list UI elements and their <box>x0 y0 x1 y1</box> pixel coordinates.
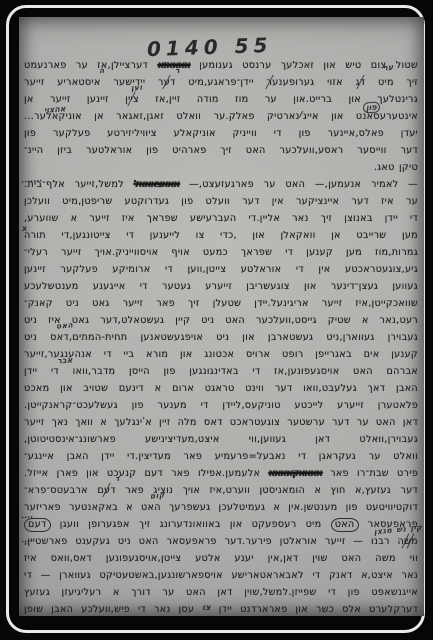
text-line: דער געזעץ,א חוץ א הומאניסטן ווערט,איז או… <box>24 482 418 499</box>
typed-text: דאן האט ער דער ערשטער צוגעטראכט דאס מלה … <box>145 417 418 428</box>
typed-text: דער ווייסער ראסע,וועלכער האט זיך פארהיט … <box>24 145 418 156</box>
typed-text: דערקלערט אלס כשר און פארארדנט יידן <box>211 604 418 615</box>
typed-text: האטקום <box>141 502 161 513</box>
text-line: אינטערעסאנט און אייג/נארטיק פאלק.ער וואל… <box>24 108 418 125</box>
typed-text: שוואכקייטן,איז זייער אריגינעל.יידן שטעלן… <box>24 298 418 309</box>
typed-text: ניט <box>24 332 50 343</box>
pencil-margin-mark: אהצוי <box>44 104 66 114</box>
text-line: געווען געצן־דינער און צוגעשריבן זייערע ג… <box>24 278 418 295</box>
annotated-word: ר <box>266 77 272 88</box>
text-line: פלאטערן זייערע לייכטע טוניקעס,ליידן די מ… <box>24 397 418 414</box>
typed-text: אזוי גערופענע <box>272 77 355 88</box>
text-line: — לאמיר אנעמען,— האט ער פארגעזעצט,— אאאצ… <box>24 176 418 193</box>
typed-text: גמרות,מוז מען קענען די שפראך כמעט אויף א… <box>24 247 418 258</box>
document-page: 0140 55 שטול צום טיש און זאכלעך ערנסט גע… <box>19 17 424 616</box>
annotated-word: ' <box>142 416 145 425</box>
text-line: קענען אים באגרייפן רופט ארויס אכטונג און… <box>24 346 418 363</box>
handwritten-correction: וען <box>131 79 144 97</box>
annotated-word: / <box>300 110 303 119</box>
typed-text: וואלט ער געקראגן די נאבעל=פרעמיע פאר מעד… <box>24 451 418 462</box>
typed-text: יידן־פראגע,מיט <box>176 77 267 88</box>
text-line: דוקטיוויטעט פון מענטשן.אין א געמיטלעכן ג… <box>24 499 418 516</box>
pencil-margin-mark: פון <box>363 101 380 113</box>
typed-text: גיע,צוגעטראכטע אין די אוראלטע צייטן,ווען… <box>24 264 418 275</box>
pencil-margin-mark: ······· <box>21 176 43 186</box>
text-line: פראפעסאר האט מיט רעספעקט און באוואונדערו… <box>24 516 418 533</box>
typed-text: איסטאריעה <box>57 77 100 88</box>
annotated-word: האט <box>331 518 359 532</box>
annotated-word: אאאאקאאאא <box>268 468 322 479</box>
text-line: האבן דאך געלעבט,וואו דער ווינט טראגט ארו… <box>24 380 418 397</box>
text-line: ווי משה האט שוין דאן,אין יענע אלטע צייטן… <box>24 550 418 567</box>
typed-text: יעדן פאלס,איינער פון די ווייניק אוניקאלע… <box>24 128 418 139</box>
text-line: געבוירן געווארן,ניט געשטארבן און ניט אוי… <box>24 329 418 346</box>
typed-text: געבוירן,וואלט דאן געווען,ווי איצט,מעדיצי… <box>24 434 418 445</box>
text-line: גרינטלעך און ברייט.און ער מוז מודה זיין,… <box>24 91 418 108</box>
text-line: מען שרייבט אן וואקאלן און ,כדי צו לייענע… <box>24 227 418 244</box>
text-line: ער איז דער איינציקער אין דער וועלט פון ג… <box>24 193 418 210</box>
typed-text: רעט,נאר א שטיק גייסט,וועלכער האט ניט קיי… <box>24 315 418 326</box>
text-line: רעט,נאר א שטיק גייסט,וועלכער האט ניט קיי… <box>24 312 418 329</box>
text-line: פירט שבת־רו פאר אאאאקאאאא אלעמען.אפילו פ… <box>24 465 418 482</box>
typed-text: רבנו — זייער אוראלטן פירער.דער פראפעסאר … <box>24 536 398 547</box>
annotated-word: צייןוען <box>125 94 139 105</box>
typed-text: געבוירן געווארן,ניט געשטארבן און ניט אוי… <box>69 332 418 343</box>
text-line: גיע,צוגעטראכטע אין די אוראלטע צייטן,ווען… <box>24 261 418 278</box>
text-line: געבוירן,וואלט דאן געווען,ווי איצט,מעדיצי… <box>24 431 418 448</box>
pencil-margin-mark: ···· <box>21 513 34 523</box>
typed-text: ווי משה האט שוין דאן,אין יענע אלטע צייטן… <box>24 553 418 564</box>
text-line: אברהם האט אויסגעפונען,אז די באדינגונגען … <box>24 363 418 380</box>
text-line: גמרות,מוז מען קענען די שפראך כמעט אויף א… <box>24 244 418 261</box>
typed-text: דאסהאט <box>50 332 69 343</box>
typed-text: ער איז דער איינציקער אין דער וועלט פון ג… <box>24 196 418 207</box>
pencil-margin-mark: ער <box>383 63 394 73</box>
text-line: שוואכקייטן,איז זייער אריגינעל.יידן שטעלן… <box>24 295 418 312</box>
typed-text: די יידן באנוצן זיך נאר אליין.די העברעישע… <box>24 213 418 224</box>
text-line: אייגנשאפט פון די שפייזן.למשל,שוין דאן הא… <box>24 584 418 601</box>
typed-text: אברהם האט אויסגעפונען,אז די באדינגונגען … <box>24 366 418 377</box>
text-line: זיך מיט דג אזוי גערופענער יידן־פראגע,מיט… <box>24 74 418 91</box>
typed-text: געווען געצן־דינער און צוגעשריבן זייערע ג… <box>24 281 418 292</box>
text-line: וואלט ער געקראגן די נאבעל=פרעמיע פאר מעד… <box>24 448 418 465</box>
pencil-margin-mark: x <box>22 224 28 233</box>
text-line: טיקן טאג. <box>24 159 418 176</box>
typed-text: ינגלעך א וואך נאך זייער <box>24 417 142 428</box>
typed-text: פירט שבת־רו פאר <box>322 468 418 479</box>
typed-text: זייער <box>24 77 57 88</box>
handwritten-correction: קין נש מגצן <box>373 519 423 540</box>
typed-text: דוקטיוויטעט פון מענטשן.אין א געמיטלעכן ג… <box>161 502 418 513</box>
text-line: נאר איצט,א דאנק די לאבאראטארישע אויספארש… <box>24 567 418 584</box>
text-line: די יידן באנוצן זיך נאר אליין.די העברעישע… <box>24 210 418 227</box>
typed-text: ארבעטס־פרא־ <box>24 485 97 496</box>
handwritten-correction: ר <box>174 62 180 79</box>
handwritten-correction: קום <box>149 486 165 504</box>
typed-text: אלעמען.אפילו פאר דעם קנעכט און פארן אייז… <box>24 468 268 479</box>
typed-text: אינטערעסאנט און אייג <box>303 111 418 122</box>
typed-text: מען שרייבט אן וואקאלן און ,כדי צו לייענע… <box>24 230 418 241</box>
annotated-word: צו <box>202 603 211 612</box>
typed-text: דערציילן,אז ער פארנעמט <box>24 60 157 71</box>
typed-text: זיינען זייער אן <box>24 94 125 105</box>
pencil-margin-mark: אבר <box>57 355 73 365</box>
annotated-word: אאאצאאאל <box>134 179 180 190</box>
text-line: שטול צום טיש און זאכלעך ערנסט גענומען אא… <box>24 57 418 74</box>
handwritten-correction: האט <box>55 316 74 334</box>
annotated-word: דג <box>356 77 366 88</box>
typed-text: פלאטערן זייערע לייכטע טוניקעס,ליידן די מ… <box>24 400 418 411</box>
typed-text: טיקן טאג. <box>374 162 418 173</box>
typed-text: קענען אים באגרייפן רופט ארויס אכטונג און… <box>24 349 418 360</box>
typed-text: עסן נאר די פיש,וועלכע האבן שופן <box>24 604 202 615</box>
annotated-word: משהקין נש מגצן <box>398 536 418 547</box>
typed-text: — לאמיר אנעמען,— האט ער פארגעזעצט,— <box>179 179 418 190</box>
text-line: יעדן פאלס,איינער פון די ווייניק אוניקאלע… <box>24 125 418 142</box>
typed-text: האבן דאך געלעבט,וואו דער ווינט טראגט ארו… <box>24 383 418 394</box>
text-line: דערקלערט אלס כשר און פארארדנט יידן צו עס… <box>24 601 418 616</box>
pencil-margin-mark: ···· <box>21 537 34 547</box>
typed-text: א באקאנטער פאריזער <box>24 502 141 513</box>
annotated-word: דערר <box>158 77 176 88</box>
typed-text: נאר איצט,א דאנק די לאבאראטארישע אויספארש… <box>24 570 418 581</box>
text-block: שטול צום טיש און זאכלעך ערנסט גענומען אא… <box>24 57 418 616</box>
typed-text: מיט רעספעקט און באוואונדערונג זיך אפגערו… <box>51 519 331 530</box>
typed-text: זיך מיט <box>365 77 418 88</box>
text-line: דאן האט ער דער ערשטער צוגעטראכט דאס מלה … <box>24 414 418 431</box>
text-line: משהקין נש מגצן רבנו — זייער אוראלטן פירע… <box>24 533 418 550</box>
typed-text: אייגנשאפט פון די שפייזן.למשל,שוין דאן הא… <box>24 587 418 598</box>
annotated-word: דעםד <box>97 485 116 496</box>
text-line: דער ווייסער ראסע,וועלכער האט זיך פארהיט … <box>24 142 418 159</box>
